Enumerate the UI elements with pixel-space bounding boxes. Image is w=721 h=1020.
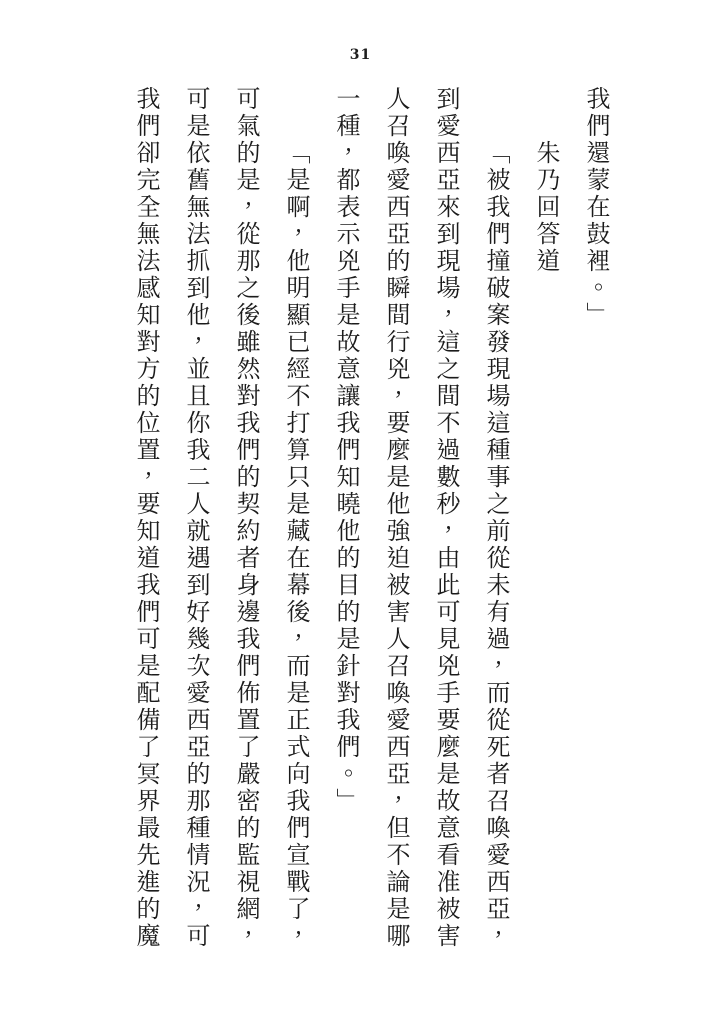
text-line: 「是啊，他明顯已經不打算只是藏在幕後，而是正式向我們宣戰了， bbox=[270, 86, 320, 978]
text-line: 到愛西亞來到現場，這之間不過數秒，由此可見兇手要麼是故意看准被害 bbox=[420, 86, 470, 978]
text-line: 我們卻完全無法感知對方的位置，要知道我們可是配備了冥界最先進的魔 bbox=[120, 86, 170, 978]
page-number: 31 bbox=[350, 47, 371, 63]
text-line: 一種，都表示兇手是故意讓我們知曉他的目的是針對我們。」 bbox=[320, 86, 370, 978]
vertical-text-block: 我們還蒙在鼓裡。」 朱乃回答道 「被我們撞破案發現場這種事之前從未有過，而從死者… bbox=[120, 86, 620, 978]
text-line: 我們還蒙在鼓裡。」 bbox=[570, 86, 620, 978]
text-line: 可氣的是，從那之後雖然對我們的契約者身邊我們佈置了嚴密的監視網， bbox=[220, 86, 270, 978]
text-line: 可是依舊無法抓到他，並且你我二人就遇到好幾次愛西亞的那種情況，可 bbox=[170, 86, 220, 978]
book-page: 31 我們還蒙在鼓裡。」 朱乃回答道 「被我們撞破案發現場這種事之前從未有過，而… bbox=[0, 0, 721, 1020]
text-line: 朱乃回答道 bbox=[520, 86, 570, 978]
text-line: 「被我們撞破案發現場這種事之前從未有過，而從死者召喚愛西亞， bbox=[470, 86, 520, 978]
text-line: 人召喚愛西亞的瞬間行兇，要麼是他強迫被害人召喚愛西亞，但不論是哪 bbox=[370, 86, 420, 978]
